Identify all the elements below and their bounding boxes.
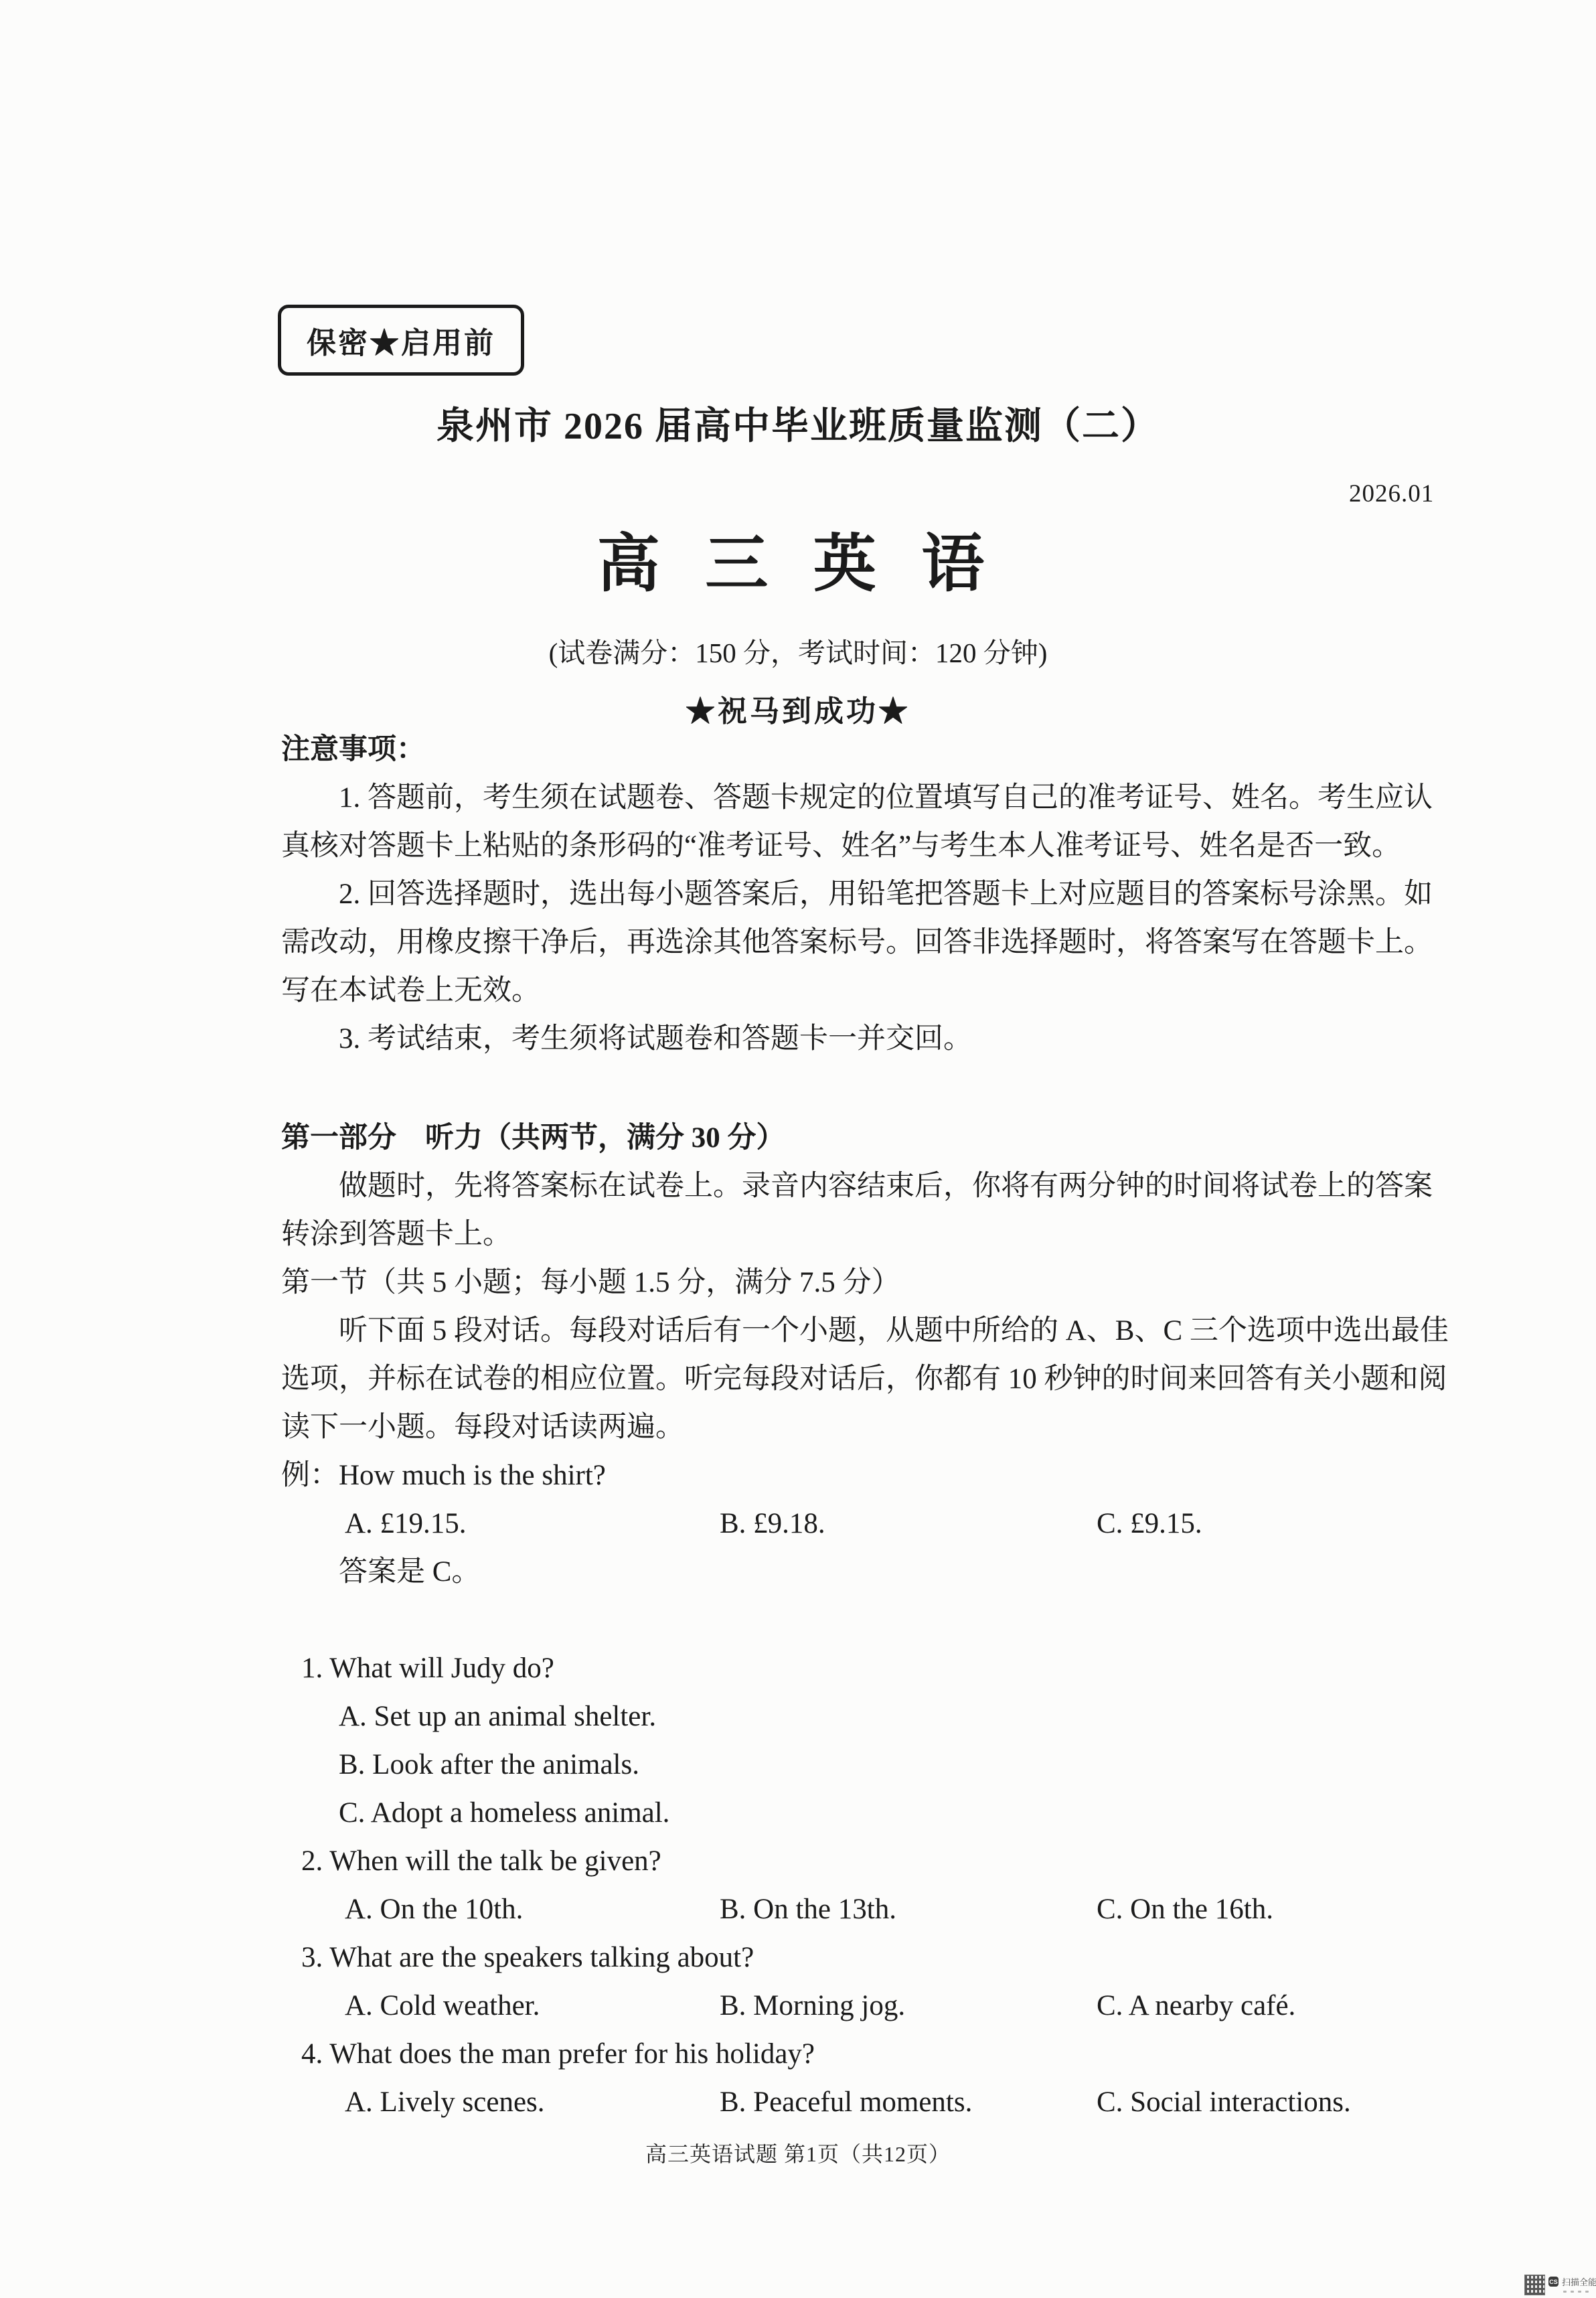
question-4-text: 4. What does the man prefer for his holi…	[281, 2030, 1451, 2078]
section1-line: 选项，并标在试卷的相应位置。听完每段对话后，你都有 10 秒钟的时间来回答有关小…	[281, 1355, 1451, 1403]
cs-logo-icon: CS	[1548, 2277, 1559, 2287]
question-1-option-b: B. Look after the animals.	[281, 1741, 1451, 1789]
secrecy-label-box: 保密★启用前	[278, 305, 524, 376]
notice-heading: 注意事项：	[281, 726, 1451, 774]
exam-date: 2026.01	[1349, 479, 1434, 508]
question-1-option-a: A. Set up an animal shelter.	[281, 1693, 1451, 1741]
question-4-option-b: B. Peaceful moments.	[720, 2078, 972, 2127]
example-option-c: C. £9.15.	[1097, 1500, 1202, 1548]
exam-meta-line: (试卷满分：150 分，考试时间：120 分钟)	[0, 631, 1596, 670]
question-3-options-row: A. Cold weather. B. Morning jog. C. A ne…	[281, 1982, 1451, 2030]
page-footer: 高三英语试题 第1页（共12页）	[0, 2137, 1596, 2168]
question-2-text: 2. When will the talk be given?	[281, 1837, 1451, 1886]
exam-paper-page: 保密★启用前 泉州市 2026 届高中毕业班质量监测（二） 2026.01 高 …	[0, 0, 1596, 2298]
section1-line: 听下面 5 段对话。每段对话后有一个小题，从题中所给的 A、B、C 三个选项中选…	[281, 1307, 1451, 1355]
scanner-app-label: 扫描全能王	[1562, 2275, 1596, 2288]
part1-intro-line: 做题时，先将答案标在试卷上。录音内容结束后，你将有两分钟的时间将试卷上的答案	[281, 1162, 1451, 1211]
question-4-options-row: A. Lively scenes. B. Peaceful moments. C…	[281, 2078, 1451, 2127]
question-3-option-b: B. Morning jog.	[720, 1982, 905, 2030]
notice-line: 写在本试卷上无效。	[281, 967, 1451, 1015]
question-2-option-a: A. On the 10th.	[345, 1886, 523, 1934]
notice-line: 需改动，用橡皮擦干净后，再选涂其他答案标号。回答非选择题时，将答案写在答题卡上。	[281, 919, 1451, 967]
example-option-a: A. £19.15.	[345, 1500, 467, 1548]
notice-line: 3. 考试结束，考生须将试题卷和答题卡一并交回。	[281, 1015, 1451, 1063]
section1-line: 读下一小题。每段对话读两遍。	[281, 1403, 1451, 1452]
motto-line: ★祝马到成功★	[0, 687, 1596, 730]
exam-body: 注意事项： 1. 答题前，考生须在试题卷、答题卡规定的位置填写自己的准考证号、姓…	[281, 726, 1451, 2127]
camscanner-watermark: CS 扫描全能王	[1525, 2275, 1596, 2295]
question-3-option-a: A. Cold weather.	[345, 1982, 540, 2030]
question-3-option-c: C. A nearby café.	[1097, 1982, 1295, 2030]
part1-heading: 第一部分 听力（共两节，满分 30 分）	[281, 1114, 1451, 1162]
subject-title: 高 三 英 语	[0, 513, 1596, 603]
secrecy-label: 保密★启用前	[307, 319, 495, 362]
qr-code-icon	[1525, 2275, 1544, 2295]
part1-intro-line: 转涂到答题卡上。	[281, 1211, 1451, 1259]
question-2-options-row: A. On the 10th. B. On the 13th. C. On th…	[281, 1886, 1451, 1934]
watermark-text-block: CS 扫描全能王	[1548, 2275, 1596, 2293]
spacer	[281, 1063, 1451, 1114]
question-3-text: 3. What are the speakers talking about?	[281, 1934, 1451, 1982]
question-2-option-b: B. On the 13th.	[720, 1886, 896, 1934]
example-question: 例：How much is the shirt?	[281, 1452, 1451, 1500]
example-option-b: B. £9.18.	[720, 1500, 825, 1548]
watermark-subtext-marks	[1563, 2291, 1596, 2293]
question-4-option-a: A. Lively scenes.	[345, 2078, 545, 2127]
section1-heading: 第一节（共 5 小题；每小题 1.5 分，满分 7.5 分）	[281, 1259, 1451, 1307]
notice-line: 1. 答题前，考生须在试题卷、答题卡规定的位置填写自己的准考证号、姓名。考生应认	[281, 774, 1451, 822]
notice-line: 真核对答题卡上粘贴的条形码的“准考证号、姓名”与考生本人准考证号、姓名是否一致。	[281, 822, 1451, 870]
example-options-row: A. £19.15. B. £9.18. C. £9.15.	[281, 1500, 1451, 1548]
exam-title: 泉州市 2026 届高中毕业班质量监测（二）	[0, 396, 1596, 450]
spacer	[281, 1596, 1451, 1644]
question-4-option-c: C. Social interactions.	[1097, 2078, 1351, 2127]
question-1-option-c: C. Adopt a homeless animal.	[281, 1789, 1451, 1837]
question-1-text: 1. What will Judy do?	[281, 1644, 1451, 1693]
example-answer: 答案是 C。	[281, 1548, 1451, 1596]
notice-line: 2. 回答选择题时，选出每小题答案后，用铅笔把答题卡上对应题目的答案标号涂黑。如	[281, 870, 1451, 919]
question-2-option-c: C. On the 16th.	[1097, 1886, 1273, 1934]
